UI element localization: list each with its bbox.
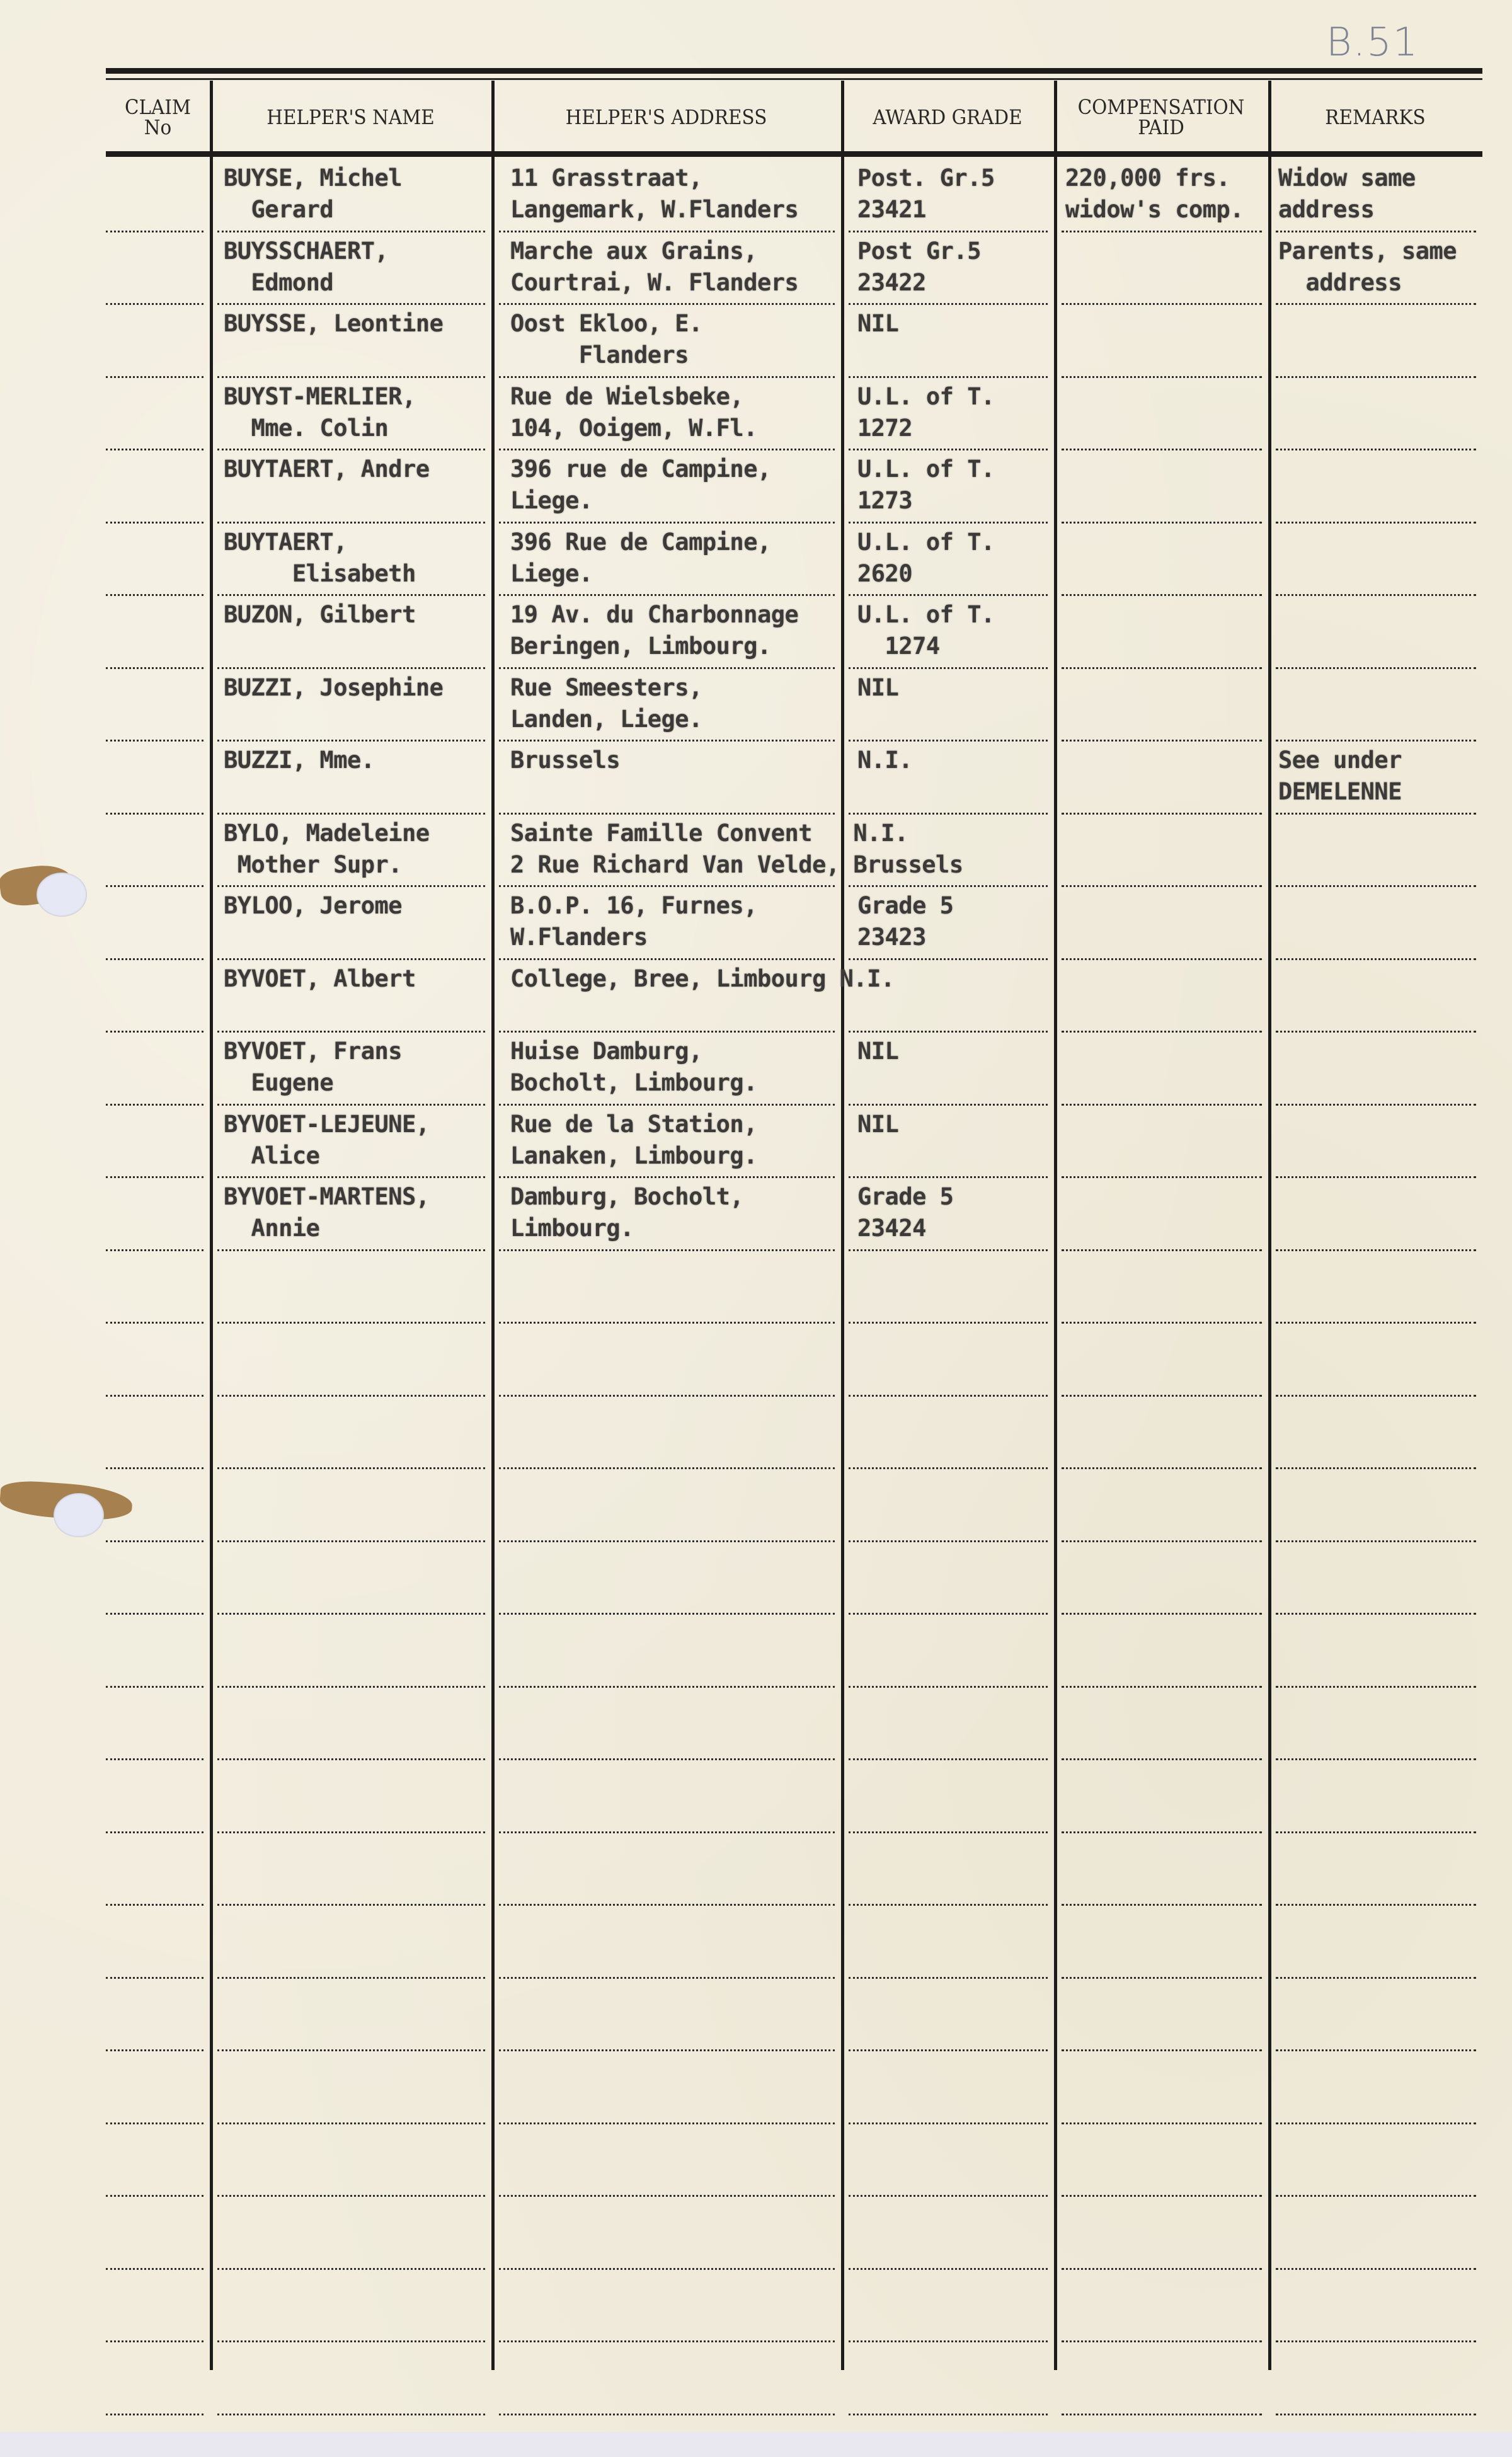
row-separator — [499, 1540, 835, 1542]
cell-address: 19 Av. du Charbonnage Beringen, Limbourg… — [510, 599, 798, 662]
row-separator — [499, 1176, 835, 1178]
cell-name: BYLO, Madeleine Mother Supr. — [224, 818, 430, 881]
cell-address: B.O.P. 16, Furnes, W.Flanders — [510, 890, 757, 953]
row-separator — [1062, 958, 1262, 960]
cell-award: NIL — [857, 1036, 898, 1067]
row-separator — [217, 1613, 485, 1615]
row-separator — [1062, 885, 1262, 887]
cell-award: Grade 5 23423 — [857, 890, 953, 953]
row-separator — [849, 2268, 1048, 2270]
row-separator — [1062, 231, 1262, 232]
punch-hole — [54, 1493, 104, 1537]
row-separator — [106, 1977, 203, 1979]
row-separator — [217, 1031, 485, 1033]
row-separator — [1276, 1176, 1476, 1178]
row-separator — [849, 1831, 1048, 1833]
row-separator — [1276, 376, 1476, 378]
row-separator — [849, 1904, 1048, 1906]
row-separator — [499, 231, 835, 232]
row-separator — [106, 2122, 203, 2124]
header-top-thin-rule — [106, 78, 1482, 80]
row-separator — [217, 2122, 485, 2124]
row-separator — [106, 1831, 203, 1833]
row-separator — [1276, 1613, 1476, 1615]
cell-address: Brussels — [510, 745, 620, 776]
cell-address: Rue de Wielsbeke, 104, Ooigem, W.Fl. — [510, 381, 757, 444]
row-separator — [499, 958, 835, 960]
row-separator — [499, 449, 835, 450]
row-separator — [849, 231, 1048, 232]
row-separator — [1062, 1176, 1262, 1178]
cell-award: N.I. — [857, 745, 912, 776]
row-separator — [1276, 1758, 1476, 1760]
row-separator — [1276, 1831, 1476, 1833]
row-separator — [217, 1977, 485, 1979]
row-separator — [106, 594, 203, 596]
cell-remarks: See under DEMELENNE — [1278, 745, 1402, 808]
row-separator — [1062, 1686, 1262, 1688]
row-separator — [217, 522, 485, 524]
row-separator — [849, 1613, 1048, 1615]
row-separator — [849, 813, 1048, 815]
row-separator — [849, 1540, 1048, 1542]
row-separator — [217, 231, 485, 232]
row-separator — [1276, 231, 1476, 232]
column-divider — [1268, 81, 1271, 2370]
row-separator — [1062, 813, 1262, 815]
cell-name: BYVOET, Albert — [224, 963, 416, 995]
row-separator — [1276, 522, 1476, 524]
row-separator — [1062, 1613, 1262, 1615]
row-separator — [849, 2414, 1048, 2415]
row-separator — [849, 2122, 1048, 2124]
row-separator — [217, 1104, 485, 1106]
row-separator — [217, 449, 485, 450]
row-separator — [217, 2268, 485, 2270]
row-separator — [217, 376, 485, 378]
column-divider — [1054, 81, 1057, 2370]
cell-address: Damburg, Bocholt, Limbourg. — [510, 1181, 743, 1244]
row-separator — [849, 1686, 1048, 1688]
row-separator — [1062, 1031, 1262, 1033]
punch-hole — [37, 873, 87, 917]
row-separator — [849, 2049, 1048, 2051]
row-separator — [849, 1758, 1048, 1760]
row-separator — [106, 522, 203, 524]
row-separator — [849, 1467, 1048, 1469]
cell-award: U.L. of T. 2620 — [857, 527, 995, 590]
row-separator — [106, 449, 203, 450]
row-separator — [849, 2195, 1048, 2197]
row-separator — [849, 594, 1048, 596]
row-separator — [106, 303, 203, 305]
row-separator — [217, 958, 485, 960]
row-separator — [849, 1104, 1048, 1106]
cell-remarks: Parents, same address — [1278, 236, 1457, 299]
row-separator — [849, 522, 1048, 524]
row-separator — [849, 1322, 1048, 1324]
cell-address: Rue Smeesters, Landen, Liege. — [510, 672, 702, 735]
row-separator — [106, 2195, 203, 2197]
row-separator — [1062, 2122, 1262, 2124]
row-separator — [217, 2414, 485, 2415]
row-separator — [1276, 1540, 1476, 1542]
row-separator — [1062, 1104, 1262, 1106]
row-separator — [1062, 1831, 1262, 1833]
row-separator — [499, 1104, 835, 1106]
row-separator — [1062, 303, 1262, 305]
cell-name: BUYTAERT, Elisabeth — [224, 527, 416, 590]
row-separator — [1062, 449, 1262, 450]
row-separator — [106, 667, 203, 669]
row-separator — [1276, 2340, 1476, 2342]
row-separator — [849, 449, 1048, 450]
row-separator — [1062, 2268, 1262, 2270]
cell-name: BUZON, Gilbert — [224, 599, 416, 631]
row-separator — [499, 1613, 835, 1615]
row-separator — [1062, 1395, 1262, 1397]
row-separator — [217, 2049, 485, 2051]
row-separator — [1062, 740, 1262, 742]
row-separator — [217, 1758, 485, 1760]
row-separator — [499, 594, 835, 596]
cell-name: BUZZI, Josephine — [224, 672, 443, 704]
cell-name: BYVOET, Frans Eugene — [224, 1036, 402, 1099]
row-separator — [1276, 1395, 1476, 1397]
row-separator — [106, 2340, 203, 2342]
row-separator — [499, 1904, 835, 1906]
row-separator — [499, 885, 835, 887]
row-separator — [499, 376, 835, 378]
row-separator — [499, 522, 835, 524]
row-separator — [217, 1540, 485, 1542]
row-separator — [1276, 1104, 1476, 1106]
row-separator — [106, 885, 203, 887]
row-separator — [1276, 2049, 1476, 2051]
row-separator — [106, 2268, 203, 2270]
header-top-rule — [106, 68, 1482, 74]
cell-address: Rue de la Station, Lanaken, Limbourg. — [510, 1109, 757, 1172]
row-separator — [499, 1467, 835, 1469]
row-separator — [499, 1031, 835, 1033]
cell-address: Oost Ekloo, E. Flanders — [510, 308, 702, 371]
row-separator — [849, 1395, 1048, 1397]
row-separator — [849, 303, 1048, 305]
cell-name: BUYST-MERLIER, Mme. Colin — [224, 381, 416, 444]
reference-mark: B.51 — [1326, 19, 1419, 65]
row-separator — [1062, 594, 1262, 596]
column-header-claim-no: CLAIM No — [110, 81, 206, 153]
cell-name: BYVOET-LEJEUNE, Alice — [224, 1109, 430, 1172]
row-separator — [1276, 2414, 1476, 2415]
cell-name: BUYSE, Michel Gerard — [224, 163, 402, 226]
row-separator — [106, 231, 203, 232]
row-separator — [217, 1322, 485, 1324]
row-separator — [1062, 667, 1262, 669]
row-separator — [1276, 958, 1476, 960]
row-separator — [106, 1176, 203, 1178]
row-separator — [499, 667, 835, 669]
cell-award: U.L. of T. 1274 — [857, 599, 995, 662]
row-separator — [1062, 522, 1262, 524]
row-separator — [1062, 1322, 1262, 1324]
row-separator — [106, 1758, 203, 1760]
row-separator — [849, 958, 1048, 960]
row-separator — [849, 1249, 1048, 1251]
row-separator — [499, 1395, 835, 1397]
column-divider — [841, 81, 844, 2370]
row-separator — [499, 813, 835, 815]
row-separator — [499, 1249, 835, 1251]
row-separator — [1276, 885, 1476, 887]
row-separator — [1276, 1977, 1476, 1979]
row-separator — [1276, 1467, 1476, 1469]
cell-address: Marche aux Grains, Courtrai, W. Flanders — [510, 236, 798, 299]
row-separator — [1276, 2268, 1476, 2270]
row-separator — [1276, 2122, 1476, 2124]
row-separator — [106, 1104, 203, 1106]
row-separator — [217, 1176, 485, 1178]
row-separator — [499, 1831, 835, 1833]
cell-award: U.L. of T. 1272 — [857, 381, 995, 444]
column-header-name: HELPER'S NAME — [221, 81, 480, 153]
row-separator — [849, 1031, 1048, 1033]
row-separator — [499, 1686, 835, 1688]
row-separator — [1062, 1540, 1262, 1542]
cell-award: Post Gr.5 23422 — [857, 236, 981, 299]
ledger-page: B.51 CLAIM NoHELPER'S NAMEHELPER'S ADDRE… — [0, 0, 1512, 2432]
row-separator — [217, 2340, 485, 2342]
row-separator — [1062, 1249, 1262, 1251]
row-separator — [106, 1904, 203, 1906]
column-header-compensation: COMPENSATION PAID — [1063, 81, 1260, 153]
row-separator — [217, 303, 485, 305]
row-separator — [106, 1467, 203, 1469]
cell-name: BUZZI, Mme. — [224, 745, 375, 776]
cell-remarks: Widow same address — [1278, 163, 1416, 226]
row-separator — [1276, 303, 1476, 305]
row-separator — [1062, 2414, 1262, 2415]
row-separator — [217, 667, 485, 669]
row-separator — [1062, 1977, 1262, 1979]
row-separator — [849, 740, 1048, 742]
cell-address: College, Bree, Limbourg N.I. — [510, 963, 895, 995]
row-separator — [849, 885, 1048, 887]
row-separator — [849, 376, 1048, 378]
cell-address: 396 Rue de Campine, Liege. — [510, 527, 771, 590]
row-separator — [1062, 1467, 1262, 1469]
row-separator — [106, 1249, 203, 1251]
row-separator — [217, 1249, 485, 1251]
row-separator — [106, 1613, 203, 1615]
row-separator — [849, 1977, 1048, 1979]
row-separator — [499, 2122, 835, 2124]
row-separator — [1276, 667, 1476, 669]
row-separator — [1062, 2340, 1262, 2342]
row-separator — [849, 2340, 1048, 2342]
row-separator — [106, 2049, 203, 2051]
row-separator — [499, 2049, 835, 2051]
column-divider — [210, 81, 213, 2370]
row-separator — [106, 1322, 203, 1324]
row-separator — [1276, 594, 1476, 596]
column-divider — [491, 81, 495, 2370]
cell-name: BYVOET-MARTENS, Annie — [224, 1181, 430, 1244]
row-separator — [849, 1176, 1048, 1178]
row-separator — [217, 1904, 485, 1906]
cell-name: BUYTAERT, Andre — [224, 454, 430, 485]
cell-award: U.L. of T. 1273 — [857, 454, 995, 517]
row-separator — [499, 1977, 835, 1979]
row-separator — [499, 2268, 835, 2270]
cell-address: 11 Grasstraat, Langemark, W.Flanders — [510, 163, 798, 226]
row-separator — [106, 813, 203, 815]
cell-address: Huise Damburg, Bocholt, Limbourg. — [510, 1036, 757, 1099]
row-separator — [217, 2195, 485, 2197]
row-separator — [1276, 1322, 1476, 1324]
cell-address: Sainte Famille Convent N.I. 2 Rue Richar… — [510, 818, 963, 881]
row-separator — [1276, 1031, 1476, 1033]
row-separator — [217, 885, 485, 887]
row-separator — [217, 594, 485, 596]
row-separator — [106, 1686, 203, 1688]
row-separator — [1062, 1758, 1262, 1760]
row-separator — [499, 303, 835, 305]
column-header-award: AWARD GRADE — [850, 81, 1046, 153]
row-separator — [106, 376, 203, 378]
cell-name: BYLOO, Jerome — [224, 890, 402, 922]
row-separator — [217, 1395, 485, 1397]
row-separator — [1276, 1249, 1476, 1251]
cell-award: Post. Gr.5 23421 — [857, 163, 995, 226]
row-separator — [499, 2195, 835, 2197]
row-separator — [499, 2340, 835, 2342]
cell-award: NIL — [857, 308, 898, 340]
row-separator — [217, 1467, 485, 1469]
row-separator — [106, 1540, 203, 1542]
row-separator — [1276, 813, 1476, 815]
row-separator — [106, 1395, 203, 1397]
row-separator — [217, 1686, 485, 1688]
row-separator — [106, 2414, 203, 2415]
row-separator — [106, 958, 203, 960]
cell-award: Grade 5 23424 — [857, 1181, 953, 1244]
row-separator — [1276, 1686, 1476, 1688]
row-separator — [1276, 740, 1476, 742]
row-separator — [1062, 2049, 1262, 2051]
row-separator — [1276, 2195, 1476, 2197]
row-separator — [499, 1758, 835, 1760]
column-header-address: HELPER'S ADDRESS — [505, 81, 827, 153]
row-separator — [106, 740, 203, 742]
cell-address: 396 rue de Campine, Liege. — [510, 454, 771, 517]
row-separator — [499, 740, 835, 742]
row-separator — [217, 1831, 485, 1833]
cell-compensation: 220,000 frs. widow's comp. — [1065, 163, 1244, 226]
column-header-remarks: REMARKS — [1277, 81, 1474, 153]
row-separator — [1062, 376, 1262, 378]
row-separator — [1276, 1904, 1476, 1906]
row-separator — [499, 1322, 835, 1324]
row-separator — [849, 667, 1048, 669]
row-separator — [1062, 1904, 1262, 1906]
row-separator — [1062, 2195, 1262, 2197]
row-separator — [1276, 449, 1476, 450]
row-separator — [106, 1031, 203, 1033]
row-separator — [499, 2414, 835, 2415]
row-separator — [217, 813, 485, 815]
cell-name: BUYSSE, Leontine — [224, 308, 443, 340]
cell-name: BUYSSCHAERT, Edmond — [224, 236, 388, 299]
row-separator — [217, 740, 485, 742]
cell-award: NIL — [857, 1109, 898, 1140]
cell-award: NIL — [857, 672, 898, 704]
